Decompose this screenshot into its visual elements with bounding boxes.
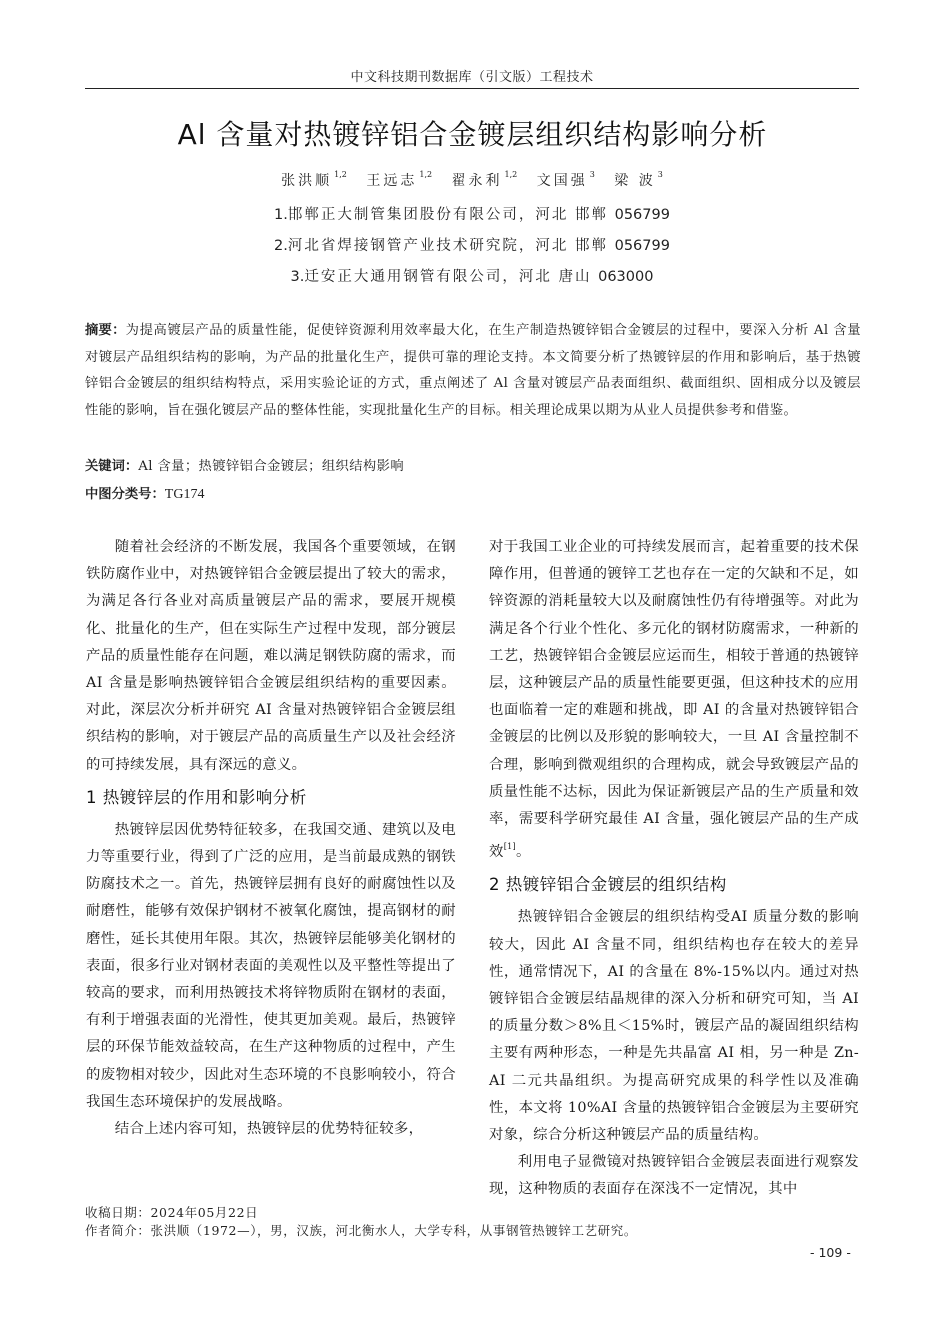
paragraph: 结合上述内容可知，热镀锌层的优势特征较多，: [86, 1116, 456, 1143]
abstract: 摘要：为提高镀层产品的质量性能，促使锌资源利用效率最大化，在生产制造热镀锌铝合金…: [85, 318, 861, 424]
author-bio: 作者简介：张洪顺（1972—），男，汉族，河北衡水人，大学专科，从事钢管热镀锌工…: [85, 1222, 861, 1240]
author: 梁 波3: [614, 173, 663, 189]
author: 翟永利1,2: [452, 173, 518, 189]
citation-ref[interactable]: [1]: [504, 842, 516, 851]
body-column-right: 对于我国工业企业的可持续发展而言，起着重要的技术保障作用，但普通的镀锌工艺也存在…: [489, 534, 859, 1204]
page-number: - 109 -: [810, 1245, 851, 1260]
keywords: 关键词：Al 含量；热镀锌铝合金镀层；组织结构影响: [85, 455, 404, 474]
body-column-left: 随着社会经济的不断发展，我国各个重要领域，在钢铁防腐作业中，对热镀锌铝合金镀层提…: [86, 534, 456, 1143]
affiliation: 3.迁安正大通用钢管有限公司，河北 唐山 063000: [85, 265, 859, 286]
classification-code: TG174: [165, 487, 205, 502]
abstract-label: 摘要：: [85, 323, 126, 338]
classification-label: 中图分类号：: [85, 487, 165, 502]
author: 文国强3: [537, 173, 595, 189]
paragraph: 利用电子显微镜对热镀锌铝合金镀层表面进行观察发现，这种物质的表面存在深浅不一定情…: [489, 1149, 859, 1203]
paragraph: 对于我国工业企业的可持续发展而言，起着重要的技术保障作用，但普通的镀锌工艺也存在…: [489, 534, 859, 866]
running-header: 中文科技期刊数据库（引文版）工程技术: [85, 66, 859, 85]
author: 张洪顺1,2: [281, 173, 347, 189]
classification: 中图分类号：TG174: [85, 483, 204, 503]
received-date: 收稿日期：2024年05月22日: [85, 1204, 861, 1222]
author: 王远志1,2: [366, 173, 432, 189]
section-heading-1: 1 热镀锌层的作用和影响分析: [86, 783, 456, 813]
keywords-label: 关键词：: [85, 459, 138, 474]
keywords-text: Al 含量；热镀锌铝合金镀层；组织结构影响: [138, 459, 404, 474]
affiliation: 1.邯郸正大制管集团股份有限公司，河北 邯郸 056799: [85, 203, 859, 224]
affiliation: 2.河北省焊接钢管产业技术研究院，河北 邯郸 056799: [85, 234, 859, 255]
paragraph: 热镀锌铝合金镀层的组织结构受AI 质量分数的影响较大，因此 AI 含量不同，组织…: [489, 904, 859, 1149]
paragraph: 随着社会经济的不断发展，我国各个重要领域，在钢铁防腐作业中，对热镀锌铝合金镀层提…: [86, 534, 456, 779]
header-divider: [85, 88, 859, 89]
footnote: 收稿日期：2024年05月22日 作者简介：张洪顺（1972—），男，汉族，河北…: [85, 1204, 861, 1240]
author-list: 张洪顺1,2 王远志1,2 翟永利1,2 文国强3 梁 波3: [85, 170, 859, 190]
paragraph: 热镀锌层因优势特征较多，在我国交通、建筑以及电力等重要行业，得到了广泛的应用，是…: [86, 817, 456, 1116]
abstract-text: 为提高镀层产品的质量性能，促使锌资源利用效率最大化，在生产制造热镀锌铝合金镀层的…: [85, 323, 861, 418]
section-heading-2: 2 热镀锌铝合金镀层的组织结构: [489, 870, 859, 900]
article-title: Al 含量对热镀锌铝合金镀层组织结构影响分析: [60, 113, 885, 153]
